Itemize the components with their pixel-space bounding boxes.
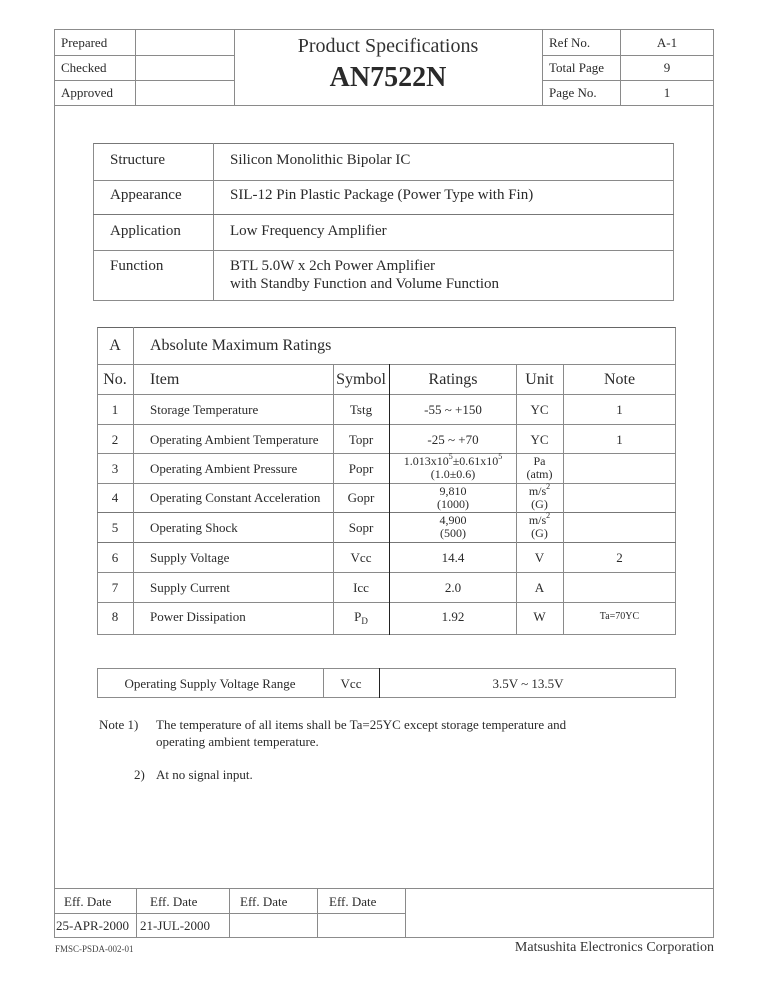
row-symbol: Icc: [333, 580, 389, 596]
row-rating: 1.013x105±0.61x105 (1.0±0.6): [390, 455, 516, 481]
row-rating: 2.0: [390, 580, 516, 596]
footer-vline: [405, 888, 406, 938]
unit-primary: m/s: [529, 484, 546, 498]
note-1-line2: operating ambient temperature.: [156, 734, 319, 750]
col-header-ratings: Ratings: [390, 371, 516, 389]
row-no: 1: [97, 402, 133, 418]
ratings-vline: [133, 327, 134, 635]
row-rating: -25 ~ +70: [390, 432, 516, 448]
checked-label: Checked: [61, 60, 106, 76]
spec-value-appearance: SIL-12 Pin Plastic Package (Power Type w…: [230, 187, 533, 204]
col-header-note: Note: [563, 371, 676, 389]
operating-range-symbol: Vcc: [323, 676, 379, 692]
row-rating: 1.92: [390, 609, 516, 625]
ratings-hline: [97, 602, 676, 603]
rating-tolerance: ±0.61x10: [453, 454, 499, 468]
header-hline: [542, 55, 714, 56]
row-symbol: Topr: [333, 432, 389, 448]
unit-secondary: (atm): [527, 467, 553, 481]
row-no: 3: [97, 461, 133, 477]
row-item: Power Dissipation: [150, 609, 246, 625]
row-no: 2: [97, 432, 133, 448]
eff-date-value: 25-APR-2000: [56, 918, 129, 934]
row-no: 5: [97, 520, 133, 536]
spec-label-application: Application: [110, 223, 181, 240]
unit-exponent: 2: [546, 511, 550, 520]
row-unit: ΥC: [516, 402, 563, 418]
rating-exponent: 5: [498, 452, 502, 461]
row-no: 7: [97, 580, 133, 596]
section-letter: A: [97, 337, 133, 355]
document-title: Product Specifications: [234, 35, 542, 58]
col-header-symbol: Symbol: [333, 371, 389, 389]
row-symbol: Popr: [333, 461, 389, 477]
approved-label: Approved: [61, 85, 113, 101]
footer-vline: [229, 888, 230, 938]
row-item: Supply Voltage: [150, 550, 229, 566]
row-unit: ΥC: [516, 432, 563, 448]
unit-primary: m/s: [529, 513, 546, 527]
ref-no-value: A-1: [620, 35, 714, 51]
ratings-hline: [97, 364, 676, 365]
eff-date-label: Eff. Date: [150, 894, 197, 910]
spec-value-function-line2: with Standby Function and Volume Functio…: [230, 276, 499, 293]
row-rating: 14.4: [390, 550, 516, 566]
row-item: Operating Constant Acceleration: [150, 490, 320, 506]
ref-no-label: Ref No.: [549, 35, 590, 51]
row-item: Storage Temperature: [150, 402, 258, 418]
eff-date-value: 21-JUL-2000: [140, 918, 210, 934]
row-note: 1: [563, 402, 676, 418]
unit-secondary: (G): [531, 497, 548, 511]
row-unit: m/s2 (G): [516, 514, 563, 540]
operating-range-value: 3.5V ~ 13.5V: [380, 676, 676, 692]
row-symbol: Gopr: [333, 490, 389, 506]
row-note: Ta=70ΥC: [563, 611, 676, 622]
row-unit: Pa (atm): [516, 455, 563, 481]
header-divider: [54, 105, 714, 106]
total-page-label: Total Page: [549, 60, 604, 76]
row-rating: 4,900 (500): [390, 514, 516, 540]
row-rating: 9,810 (1000): [390, 485, 516, 511]
note-1-line1: The temperature of all items shall be Ta…: [156, 717, 566, 733]
ratings-hline: [97, 424, 676, 425]
col-header-no: No.: [97, 371, 133, 389]
row-item: Supply Current: [150, 580, 230, 596]
row-unit: W: [516, 609, 563, 625]
rating-primary: 4,900: [440, 513, 467, 527]
row-no: 6: [97, 550, 133, 566]
spec-value-function-line1: BTL 5.0W x 2ch Power Amplifier: [230, 258, 435, 275]
rating-secondary: (1.0±0.6): [431, 467, 476, 481]
row-item: Operating Ambient Temperature: [150, 432, 319, 448]
symbol-subscript: D: [361, 616, 368, 626]
checked-signature-field: [136, 56, 233, 79]
row-symbol: Tstg: [333, 402, 389, 418]
rating-secondary: (1000): [437, 497, 469, 511]
footer-divider: [54, 888, 714, 889]
rating-secondary: (500): [440, 526, 466, 540]
row-symbol: Sopr: [333, 520, 389, 536]
spec-hline: [93, 180, 674, 181]
operating-range-label: Operating Supply Voltage Range: [97, 676, 323, 692]
page-no-value: 1: [620, 85, 714, 101]
eff-date-label: Eff. Date: [64, 894, 111, 910]
company-name: Matsushita Electronics Corporation: [515, 940, 714, 956]
ratings-hline: [97, 483, 676, 484]
rating-primary: 9,810: [440, 484, 467, 498]
row-unit: m/s2 (G): [516, 485, 563, 511]
page-no-label: Page No.: [549, 85, 597, 101]
row-item: Operating Shock: [150, 520, 238, 536]
spec-hline: [93, 214, 674, 215]
rating-mantissa: 1.013x10: [404, 454, 449, 468]
note-2-text: At no signal input.: [156, 767, 253, 783]
row-symbol: Vcc: [333, 550, 389, 566]
row-unit: A: [516, 580, 563, 596]
col-header-unit: Unit: [516, 371, 563, 389]
eff-date-label: Eff. Date: [329, 894, 376, 910]
unit-primary: Pa: [534, 454, 546, 468]
row-note: 1: [563, 432, 676, 448]
spec-vline: [213, 143, 214, 301]
spec-value-application: Low Frequency Amplifier: [230, 223, 387, 240]
row-no: 8: [97, 609, 133, 625]
ratings-hline: [97, 512, 676, 513]
row-item: Operating Ambient Pressure: [150, 461, 297, 477]
ratings-hline: [97, 453, 676, 454]
spec-hline: [93, 250, 674, 251]
spec-value-structure: Silicon Monolithic Bipolar IC: [230, 152, 410, 169]
ratings-hline: [97, 542, 676, 543]
header-vline: [542, 29, 543, 105]
ratings-hline: [97, 572, 676, 573]
spec-label-appearance: Appearance: [110, 187, 182, 204]
total-page-value: 9: [620, 60, 714, 76]
form-code: FMSC-PSDA-002-01: [55, 944, 134, 954]
approved-signature-field: [136, 81, 233, 104]
prepared-signature-field: [136, 30, 233, 54]
ratings-hline: [97, 394, 676, 395]
prepared-label: Prepared: [61, 35, 107, 51]
eff-date-label: Eff. Date: [240, 894, 287, 910]
unit-exponent: 2: [546, 482, 550, 491]
spec-label-structure: Structure: [110, 152, 165, 169]
note-2-prefix: 2): [134, 767, 145, 783]
model-number: AN7522N: [234, 62, 542, 94]
unit-secondary: (G): [531, 526, 548, 540]
row-rating: -55 ~ +150: [390, 402, 516, 418]
header-hline: [542, 80, 714, 81]
spec-label-function: Function: [110, 258, 163, 275]
row-no: 4: [97, 490, 133, 506]
footer-vline: [317, 888, 318, 938]
note-1-prefix: Note 1): [99, 717, 138, 733]
col-header-item: Item: [150, 371, 179, 389]
row-unit: V: [516, 550, 563, 566]
row-note: 2: [563, 550, 676, 566]
footer-vline: [136, 888, 137, 938]
row-symbol: PD: [333, 609, 389, 625]
section-title: Absolute Maximum Ratings: [150, 337, 331, 355]
